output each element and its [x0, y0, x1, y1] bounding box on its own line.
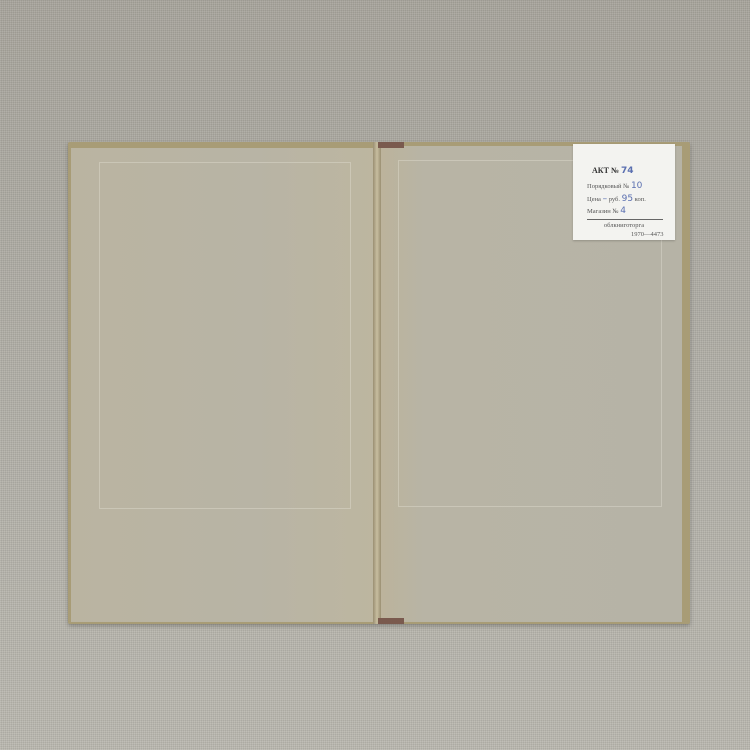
bookstore-label: АКТ № 74 Порядковый № 10 Цена – руб. 95 …: [573, 144, 675, 240]
order-row: Порядковый № 10: [587, 181, 642, 191]
price-kop-unit: коп.: [635, 196, 646, 203]
price-rub-value: –: [603, 194, 608, 204]
akt-value: 74: [621, 166, 634, 176]
signature-line: [587, 219, 663, 220]
price-kop-value: 95: [622, 194, 633, 204]
left-page-frame: [99, 162, 351, 509]
spine-headband-bottom: [378, 618, 404, 624]
price-row: Цена – руб. 95 коп.: [587, 194, 646, 204]
shop-value: 4: [620, 206, 626, 216]
price-rub-unit: руб.: [609, 196, 620, 203]
print-code: 1970—4473: [631, 231, 664, 238]
price-label: Цена: [587, 196, 601, 203]
org-text: облкниготорга: [573, 222, 675, 229]
order-value: 10: [631, 181, 642, 191]
spine-headband-top: [378, 142, 404, 148]
shop-label: Магазин №: [587, 208, 619, 215]
shop-row: Магазин № 4: [587, 206, 626, 216]
order-label: Порядковый №: [587, 183, 629, 190]
akt-label: АКТ №: [592, 166, 619, 175]
book-spine: [373, 142, 381, 624]
akt-row: АКТ № 74: [592, 166, 633, 176]
left-endpaper: [71, 148, 377, 622]
